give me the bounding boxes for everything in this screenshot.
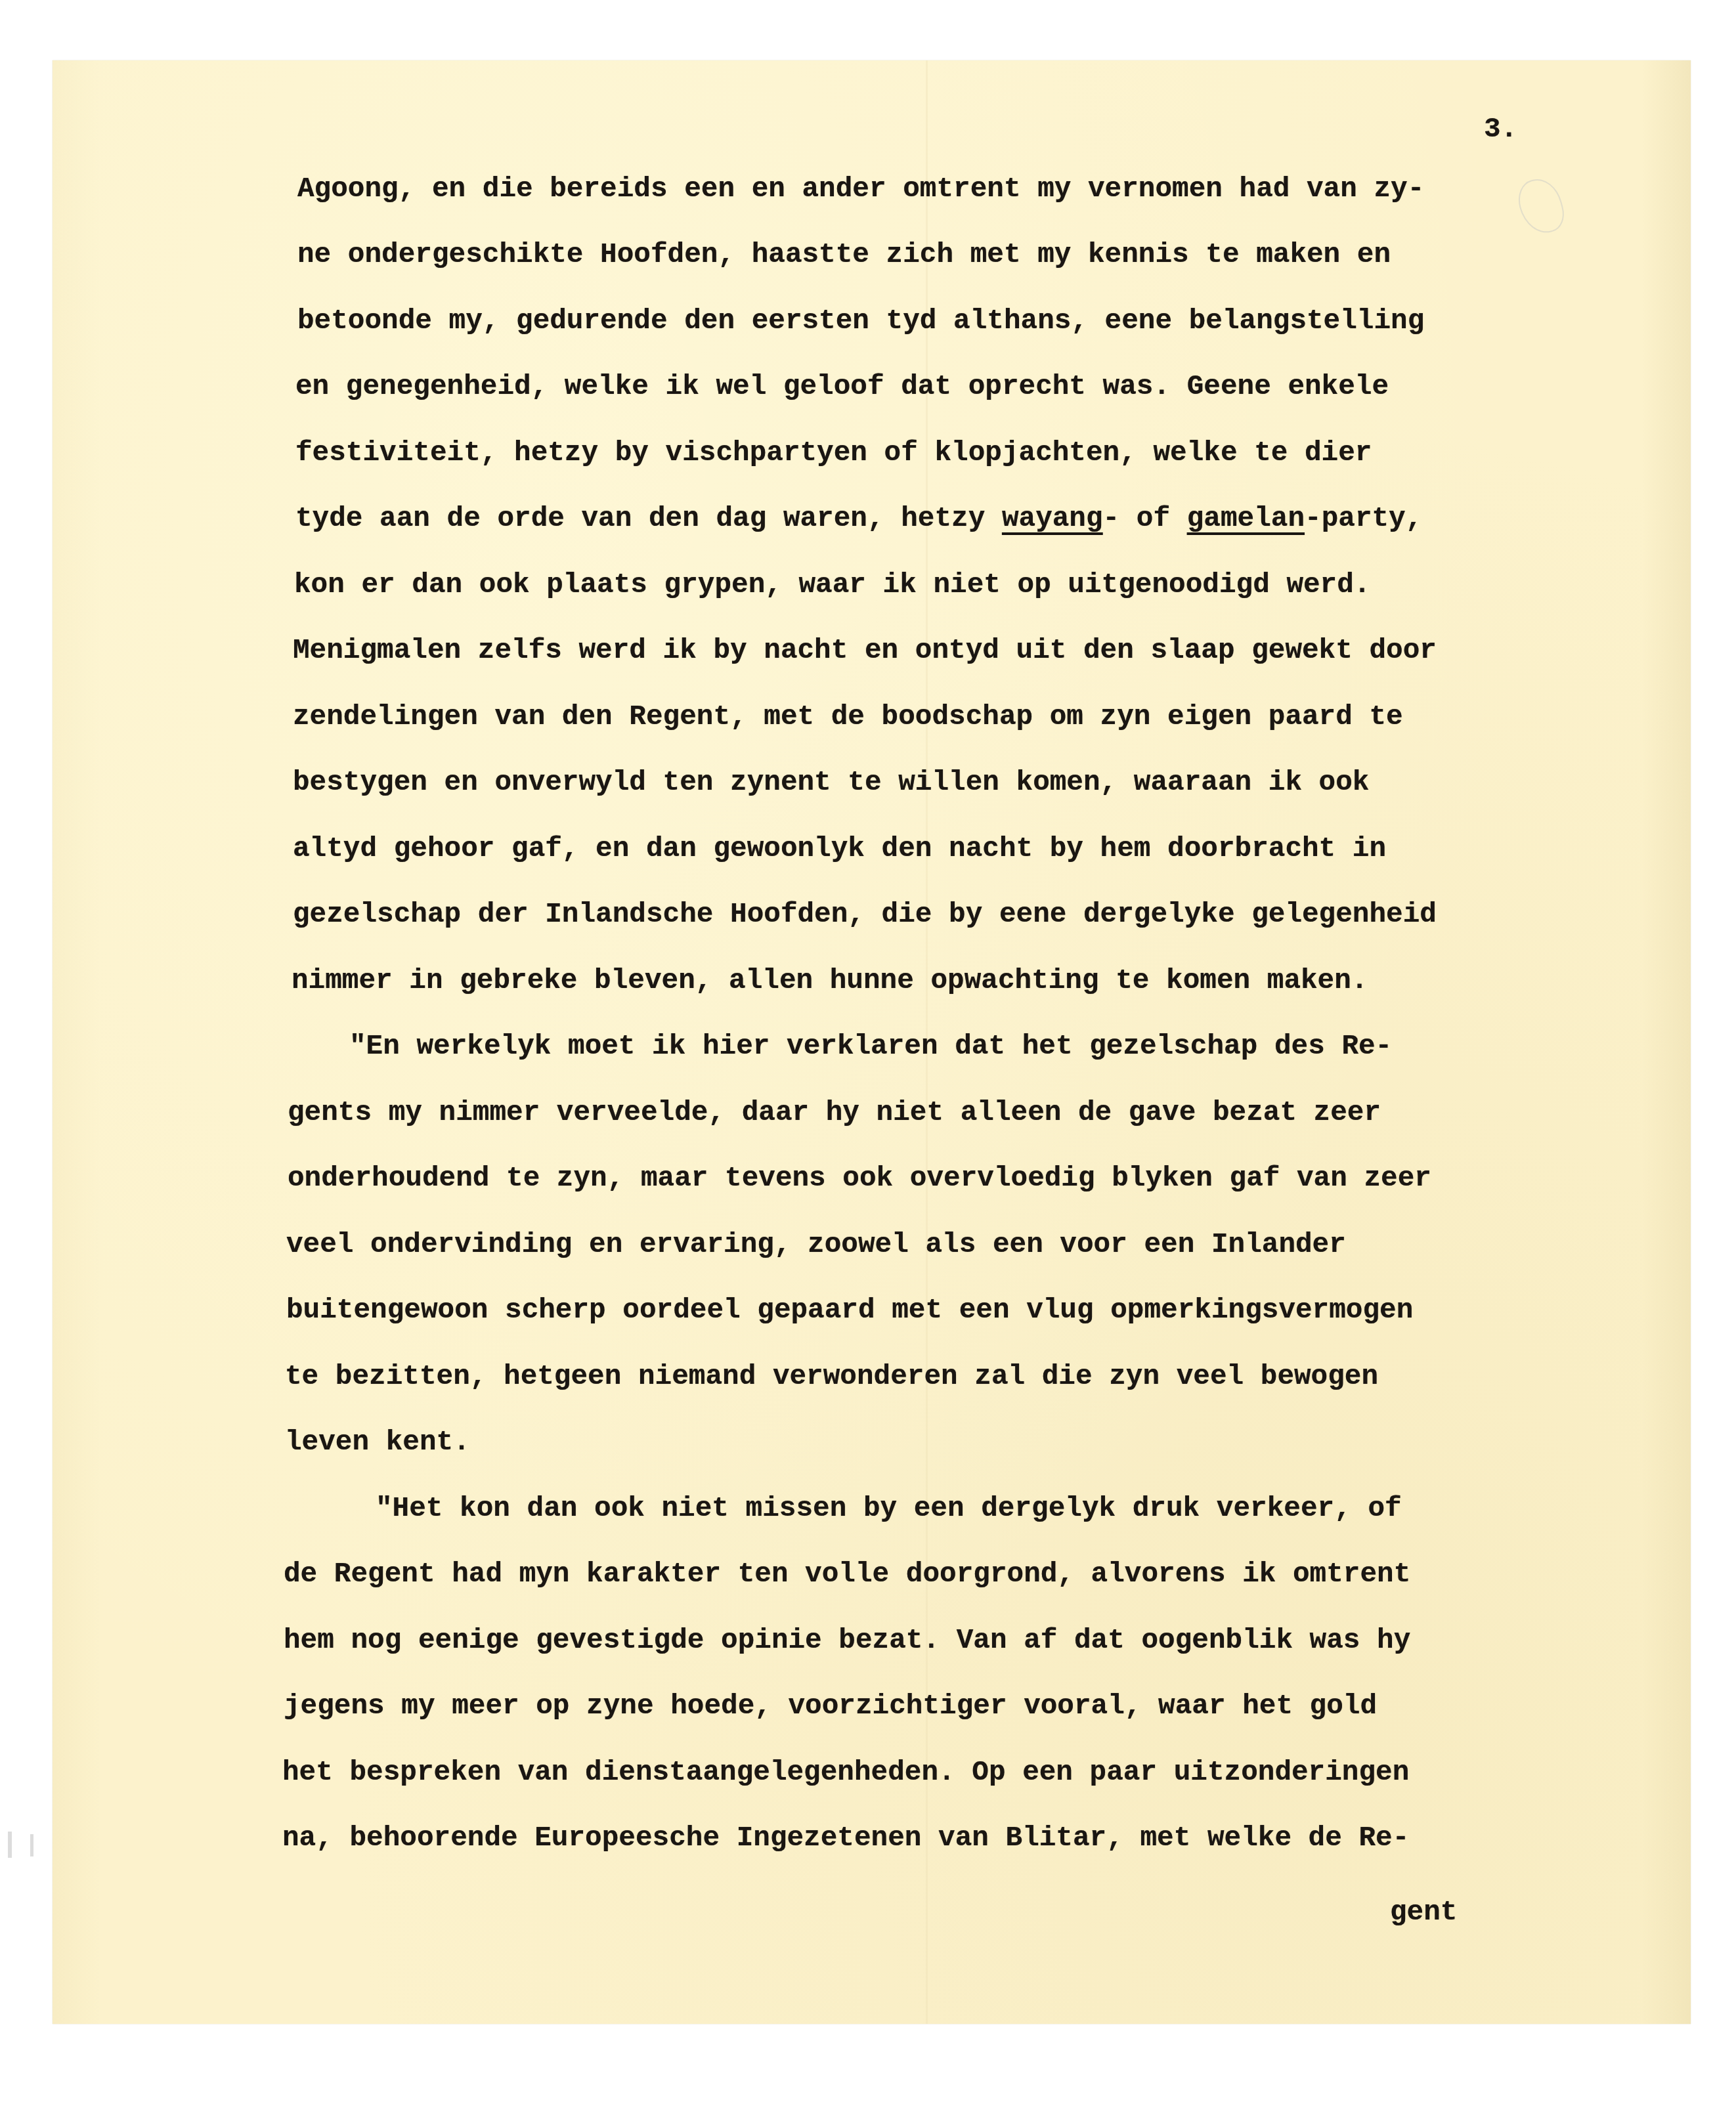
text-line: Menigmalen zelfs werd ik by nacht en ont… [293, 637, 1437, 665]
text-line: na, behoorende Europeesche Ingezetenen v… [282, 1824, 1409, 1853]
text-line: "Het kon dan ook niet missen by een derg… [376, 1495, 1402, 1523]
text-line: betoonde my, gedurende den eersten tyd a… [297, 307, 1424, 335]
text-line: te bezitten, hetgeen niemand verwonderen… [285, 1363, 1378, 1391]
text-line: en genegenheid, welke ik wel geloof dat … [295, 373, 1389, 401]
text-line: hem nog eenige gevestigde opinie bezat. … [284, 1627, 1410, 1655]
text-segment: -party, [1305, 502, 1422, 534]
perforated-top-edge [53, 55, 1691, 62]
text-segment: tyde aan de orde van den dag waren, hetz… [295, 502, 1002, 534]
text-line: zendelingen van den Regent, met de boods… [293, 703, 1403, 731]
text-segment: - of [1103, 502, 1187, 534]
text-line: "En werkelyk moet ik hier verklaren dat … [349, 1033, 1392, 1061]
text-line: het bespreken van dienstaangelegenheden.… [282, 1759, 1409, 1787]
text-line: buitengewoon scherp oordeel gepaard met … [286, 1297, 1413, 1325]
text-line: nimmer in gebreke bleven, allen hunne op… [292, 967, 1368, 995]
text-line: de Regent had myn karakter ten volle doo… [284, 1560, 1410, 1589]
text-line: bestygen en onverwyld ten zynent te will… [293, 769, 1369, 797]
pencil-annotation-mark [1513, 174, 1569, 238]
text-line: gents my nimmer verveelde, daar hy niet … [288, 1099, 1381, 1127]
text-line: festiviteit, hetzy by vischpartyen of kl… [295, 439, 1372, 467]
text-line: gezelschap der Inlandsche Hoofden, die b… [293, 901, 1437, 929]
text-line: leven kent. [285, 1428, 470, 1457]
text-line-with-underlines: tyde aan de orde van den dag waren, hetz… [295, 505, 1422, 533]
text-line: ne ondergeschikte Hoofden, haastte zich … [297, 241, 1391, 269]
text-line: veel ondervinding en ervaring, zoowel al… [286, 1231, 1346, 1259]
text-line: onderhoudend te zyn, maar tevens ook ove… [288, 1165, 1431, 1193]
text-line: altyd gehoor gaf, en dan gewoonlyk den n… [293, 835, 1386, 863]
underlined-word-wayang: wayang [1002, 502, 1103, 534]
text-line: kon er dan ook plaats grypen, waar ik ni… [294, 571, 1370, 599]
scan-artifact-marks [4, 1825, 42, 1864]
typed-text-block: 3. Agoong, en die bereids een en ander o… [0, 0, 33, 1190]
underlined-word-gamelan: gamelan [1187, 502, 1305, 534]
text-line: Agoong, en die bereids een en ander omtr… [297, 175, 1424, 204]
page-number: 3. [1484, 116, 1517, 144]
text-line: jegens my meer op zyne hoede, voorzichti… [284, 1692, 1377, 1721]
catchword: gent [1390, 1898, 1457, 1927]
